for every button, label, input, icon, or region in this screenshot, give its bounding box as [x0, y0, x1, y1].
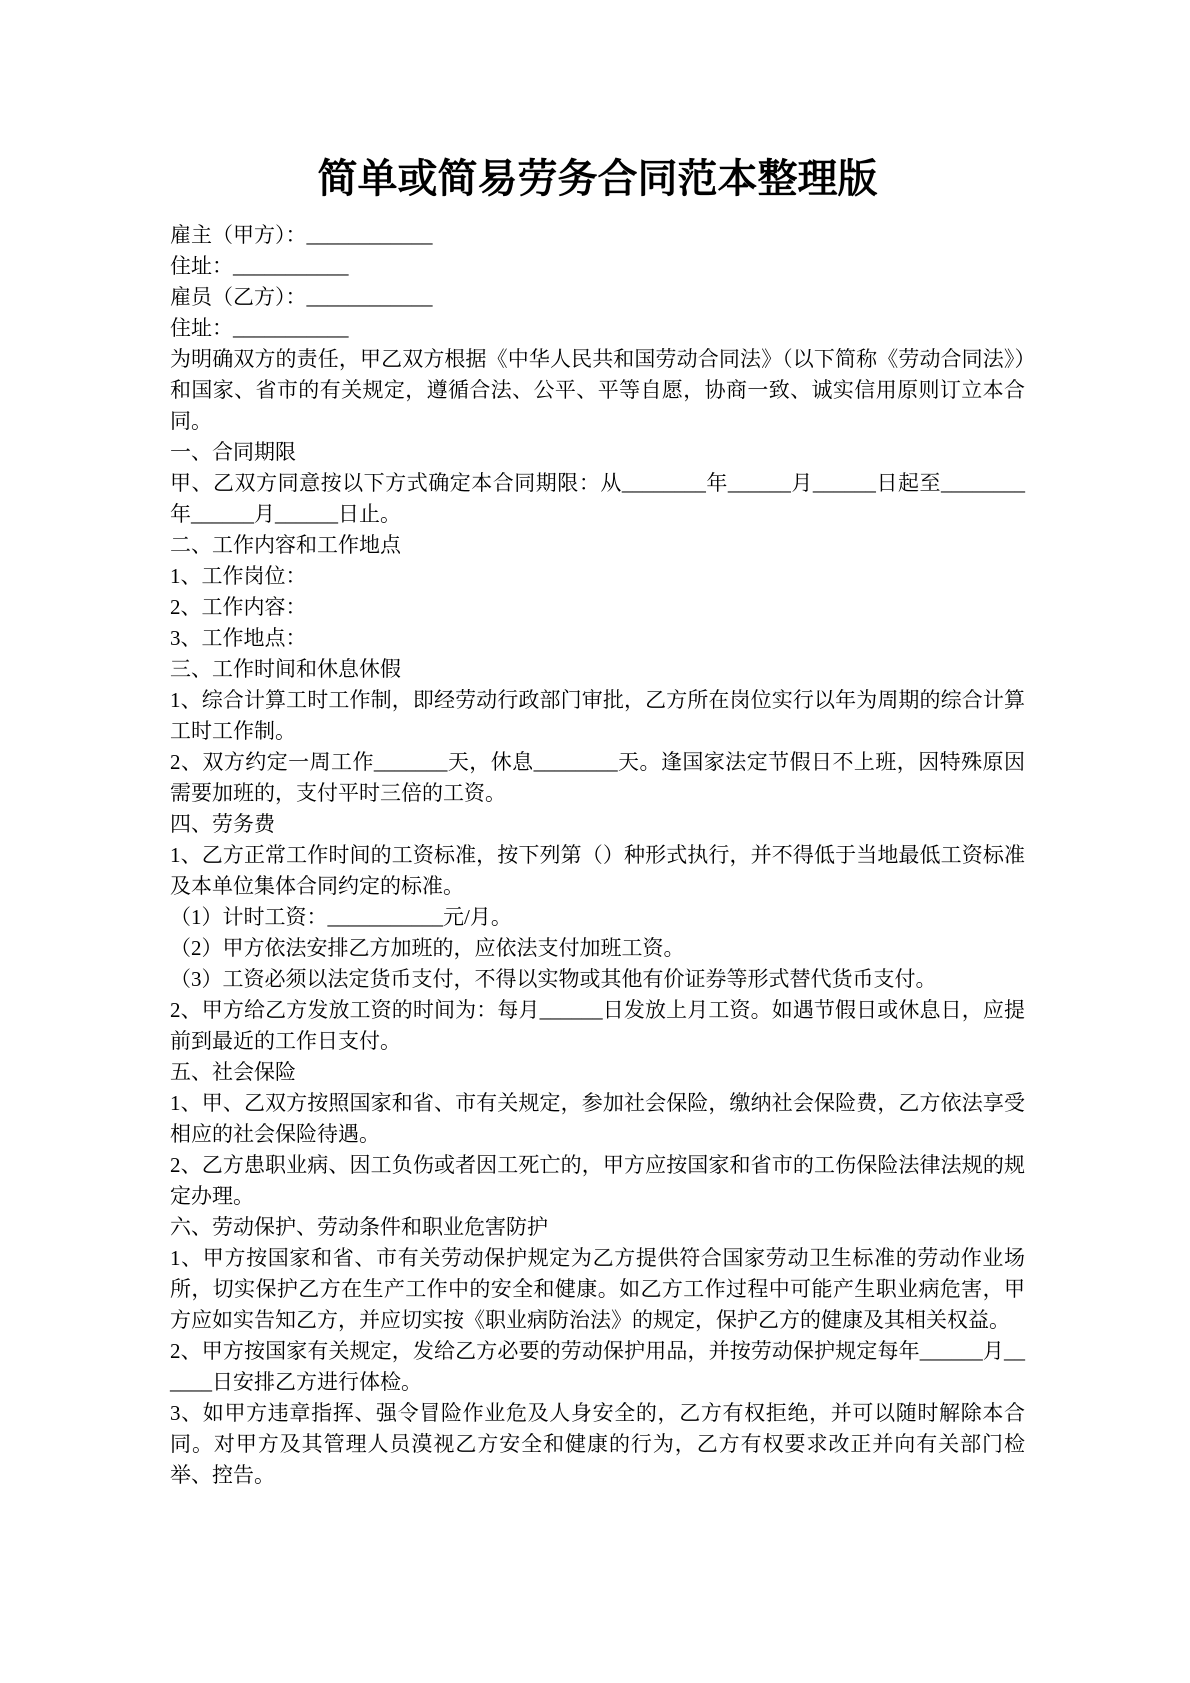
contract-paragraph: 1、工作岗位： [170, 561, 1025, 592]
contract-paragraph: 一、合同期限 [170, 437, 1025, 468]
contract-paragraph: 2、甲方按国家有关规定，发给乙方必要的劳动保护用品，并按劳动保护规定每年____… [170, 1336, 1025, 1398]
contract-page: 简单或简易劳务合同范本整理版 雇主（甲方）：____________住址：___… [0, 0, 1190, 1683]
contract-body: 雇主（甲方）：____________住址：___________雇员（乙方）：… [170, 220, 1025, 1491]
contract-paragraph: 3、如甲方违章指挥、强令冒险作业危及人身安全的，乙方有权拒绝，并可以随时解除本合… [170, 1398, 1025, 1491]
contract-paragraph: 雇主（甲方）：____________ [170, 220, 1025, 251]
contract-paragraph: 1、甲、乙双方按照国家和省、市有关规定，参加社会保险，缴纳社会保险费，乙方依法享… [170, 1088, 1025, 1150]
contract-paragraph: 2、乙方患职业病、因工负伤或者因工死亡的，甲方应按国家和省市的工伤保险法律法规的… [170, 1150, 1025, 1212]
contract-paragraph: 3、工作地点： [170, 623, 1025, 654]
contract-paragraph: 1、甲方按国家和省、市有关劳动保护规定为乙方提供符合国家劳动卫生标准的劳动作业场… [170, 1243, 1025, 1336]
contract-paragraph: （2）甲方依法安排乙方加班的，应依法支付加班工资。 [170, 933, 1025, 964]
contract-paragraph: 2、双方约定一周工作_______天，休息________天。逢国家法定节假日不… [170, 747, 1025, 809]
contract-paragraph: 为明确双方的责任，甲乙双方根据《中华人民共和国劳动合同法》（以下简称《劳动合同法… [170, 344, 1025, 437]
contract-paragraph: （1）计时工资：___________元/月。 [170, 902, 1025, 933]
contract-paragraph: 住址：___________ [170, 313, 1025, 344]
contract-paragraph: 五、社会保险 [170, 1057, 1025, 1088]
contract-paragraph: 四、劳务费 [170, 809, 1025, 840]
contract-paragraph: 2、甲方给乙方发放工资的时间为：每月______日发放上月工资。如遇节假日或休息… [170, 995, 1025, 1057]
contract-paragraph: 住址：___________ [170, 251, 1025, 282]
document-title: 简单或简易劳务合同范本整理版 [170, 150, 1025, 208]
contract-paragraph: 三、工作时间和休息休假 [170, 654, 1025, 685]
contract-paragraph: 雇员（乙方）：____________ [170, 282, 1025, 313]
contract-paragraph: 六、劳动保护、劳动条件和职业危害防护 [170, 1212, 1025, 1243]
contract-paragraph: 二、工作内容和工作地点 [170, 530, 1025, 561]
contract-paragraph: （3）工资必须以法定货币支付，不得以实物或其他有价证券等形式替代货币支付。 [170, 964, 1025, 995]
contract-paragraph: 1、综合计算工时工作制，即经劳动行政部门审批，乙方所在岗位实行以年为周期的综合计… [170, 685, 1025, 747]
contract-paragraph: 1、乙方正常工作时间的工资标准，按下列第（）种形式执行，并不得低于当地最低工资标… [170, 840, 1025, 902]
contract-paragraph: 2、工作内容： [170, 592, 1025, 623]
contract-paragraph: 甲、乙双方同意按以下方式确定本合同期限：从________年______月___… [170, 468, 1025, 530]
